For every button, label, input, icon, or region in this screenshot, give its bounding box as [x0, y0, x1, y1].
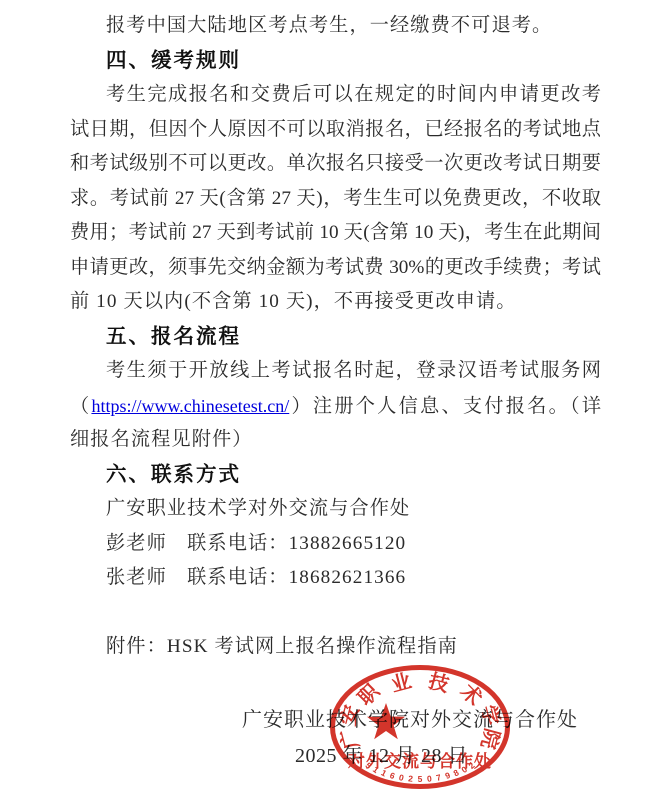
document-page: 报考中国大陆地区考点考生，一经缴费不可退考。四、缓考规则考生完成报名和交费后可以… — [0, 0, 671, 808]
seal-star — [367, 703, 405, 739]
seal-serial-digit: 0 — [426, 773, 432, 784]
url-line-suffix: ）注册个人信息、支付报名。（详 — [289, 396, 601, 417]
seal-serial-digit: 5 — [418, 774, 423, 784]
official-seal: 广安职业技术学院5116025079802对外交流与合作处 — [328, 663, 512, 791]
doc-line: 和考试级别不可以更改。单次报名只接受一次更改考试日期要 — [70, 147, 601, 182]
doc-line: 考生完成报名和交费后可以在规定的时间内申请更改考 — [70, 78, 601, 113]
doc-line: 附件：HSK 考试网上报名操作流程指南 — [70, 630, 601, 665]
seal-serial-digit: 9 — [444, 770, 452, 781]
seal-banner-text: 对外交流与合作处 — [348, 751, 492, 771]
doc-line: 张老师 联系电话：18682621366 — [70, 561, 601, 596]
doc-line: 报考中国大陆地区考点考生，一经缴费不可退考。 — [70, 9, 601, 44]
blank-line — [70, 596, 601, 631]
section-heading-deferral-rules: 四、缓考规则 — [70, 44, 601, 79]
doc-line: 细报名流程见附件） — [70, 423, 601, 458]
doc-line: 费用；考试前 27 天到考试前 10 天(含第 10 天)，考生在此期间 — [70, 216, 601, 251]
doc-line: （https://www.chinesetest.cn/）注册个人信息、支付报名… — [70, 389, 601, 424]
doc-line: 试日期，但因个人原因不可以取消报名，已经报名的考试地点 — [70, 113, 601, 148]
seal-serial-digit: 2 — [408, 773, 414, 784]
seal-serial-digit: 0 — [398, 772, 405, 783]
seal-serial-digit: 6 — [388, 770, 396, 781]
doc-line: 广安职业技术学对外交流与合作处 — [70, 492, 601, 527]
seal-serial-digit: 7 — [435, 772, 442, 783]
chinesetest-link[interactable]: https://www.chinesetest.cn/ — [91, 396, 289, 416]
doc-line: 求。考试前 27 天(含第 27 天)，考生生可以免费更改，不收取 — [70, 182, 601, 217]
paren-open: （ — [70, 396, 91, 417]
seal-ring-char: 业 — [389, 669, 414, 696]
doc-line: 申请更改，须事先交纳金额为考试费 30%的更改手续费；考试 — [70, 251, 601, 286]
section-heading-registration-process: 五、报名流程 — [70, 320, 601, 355]
document-body: 报考中国大陆地区考点考生，一经缴费不可退考。四、缓考规则考生完成报名和交费后可以… — [70, 9, 601, 665]
section-heading-contact-info: 六、联系方式 — [70, 458, 601, 493]
doc-line: 考生须于开放线上考试报名时起，登录汉语考试服务网 — [70, 354, 601, 389]
doc-line: 彭老师 联系电话：13882665120 — [70, 527, 601, 562]
doc-line: 前 10 天以内(不含第 10 天)，不再接受更改申请。 — [70, 285, 601, 320]
